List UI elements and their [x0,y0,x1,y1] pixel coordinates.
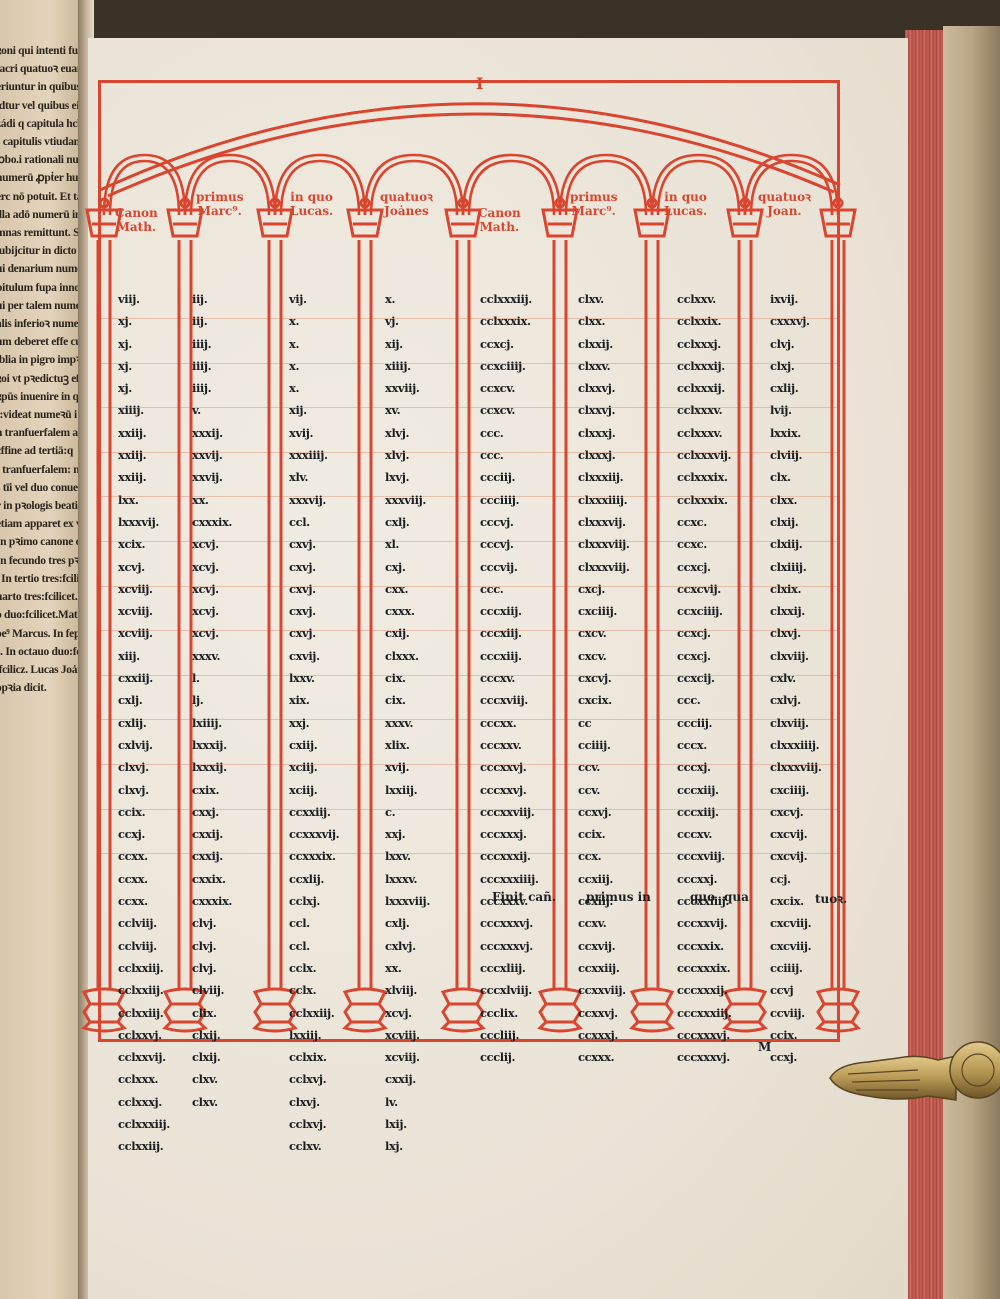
canon-number-entry: xiiij. [118,399,170,421]
canon-number-entry: cxlij. [770,377,822,399]
canon-number-entry: cclxxxj. [677,333,731,355]
canon-number-entry: cxcv. [578,645,630,667]
canon-number-entry: clxij. [770,511,822,533]
canon-number-entry: iiij. [192,333,232,355]
canon-number-entry: clxxij. [578,333,630,355]
canon-number-entry: cclxxxix. [677,466,731,488]
canon-number-entry: xlvj. [385,422,430,444]
canon-number-entry: cccxiij. [677,801,731,823]
canon-number-entry: clx. [770,466,822,488]
canon-number-entry: cccxxvij. [677,912,731,934]
column-header: primusMarc⁹. [570,190,617,218]
column-header-line1: Canon [115,206,158,220]
signature-mark: M [758,1040,771,1054]
canon-number-entry: lj. [192,689,232,711]
canon-number-entry: lv. [385,1091,430,1113]
canon-number-entry: lxx. [118,489,170,511]
canon-number-entry: clxviij. [770,645,822,667]
canon-number-entry: cxlvj. [770,689,822,711]
canon-number-entry: ccl. [289,511,339,533]
canon-number-entry: clxv. [578,288,630,310]
canon-number-entry: cxciiij. [770,779,822,801]
canon-number-entry: clxxvj. [578,399,630,421]
canon-number-entry: clxxxiiij. [578,489,630,511]
canon-number-entry: cclxxxiij. [480,288,538,310]
canon-number-entry: xvij. [385,756,430,778]
canon-number-entry: vj. [385,310,430,332]
canon-column: vij.x.x.x.x.xij.xvij.xxxiiij.xlv.xxxvij.… [289,288,339,1158]
canon-number-entry: cxlv. [770,667,822,689]
canon-number-entry: clxiiij. [770,556,822,578]
canon-number-entry: ccl. [289,912,339,934]
canon-number-entry: cccliij. [480,1024,538,1046]
canon-number-entry: ccxcvij. [677,578,731,600]
canon-number-entry: ccix. [118,801,170,823]
canon-number-entry: cxcix. [578,689,630,711]
column-header-line2: Marc⁹. [196,204,243,218]
canon-number-entry: clxxx. [385,645,430,667]
canon-number-entry: cxlj. [385,912,430,934]
canon-number-entry: ccxxxvij. [289,823,339,845]
column-header-line1: quatuoꝛ [758,190,811,204]
column-header-line1: primus [570,190,617,204]
canon-number-entry: xv. [385,399,430,421]
canon-number-entry: cccx. [677,734,731,756]
canon-number-entry: ccciij. [677,712,731,734]
canon-number-entry: clxvj. [118,756,170,778]
canon-number-entry: clxxxiij. [578,466,630,488]
canon-number-entry: xcvj. [192,533,232,555]
canon-number-entry: ccxx. [118,845,170,867]
column-header-line2: Lucas. [290,204,333,218]
canon-number-entry: cclxxxv. [677,422,731,444]
canon-number-entry: xj. [118,310,170,332]
canon-number-entry: ccix. [578,823,630,845]
canon-number-entry: cxxij. [192,823,232,845]
canon-number-entry: ccxx. [118,890,170,912]
canon-number-entry: cccvj. [480,533,538,555]
canon-number-entry: ccviij. [770,1002,822,1024]
canon-number-entry: cxcvj. [770,801,822,823]
canon-number-entry: clxvj. [118,779,170,801]
canon-number-entry: xxj. [289,712,339,734]
canon-number-entry: clxix. [770,578,822,600]
canon-number-entry: clxv. [192,1091,232,1113]
canon-number-entry: xcvj. [118,556,170,578]
canon-number-entry: xcvj. [192,578,232,600]
canon-number-entry: ccxciiij. [677,600,731,622]
canon-number-entry: xxiij. [118,422,170,444]
canon-number-entry: cxcv. [578,622,630,644]
canon-number-entry: ccxvj. [578,801,630,823]
canon-number-entry: xx. [385,957,430,979]
canon-number-entry: ccciiij. [480,489,538,511]
canon-number-entry: cccxxxiij. [677,1002,731,1024]
canon-number-entry: xxxviij. [385,489,430,511]
canon-number-entry: cxlj. [385,511,430,533]
canon-number-entry: clxvj. [289,1091,339,1113]
canon-number-entry: cxxiij. [118,667,170,689]
canon-number-entry: cxix. [192,779,232,801]
canon-column: iij.iij.iiij.iiij.iiij.v.xxxij.xxvij.xxv… [192,288,232,1113]
canon-number-entry: ccix. [770,1024,822,1046]
canon-column: viij.xj.xj.xj.xj.xiiij.xxiij.xxiij.xxiij… [118,288,170,1158]
canon-number-entry: cclxxvij. [118,1046,170,1068]
canon-number-entry: ccciij. [480,466,538,488]
canon-number-entry: ccxv. [578,912,630,934]
canon-number-entry: xxvij. [192,444,232,466]
canon-number-entry: iij. [192,288,232,310]
canon-number-entry: clxj. [770,355,822,377]
canon-number-entry: iij. [192,310,232,332]
canon-number-entry: cxij. [385,622,430,644]
canon-number-entry: ccxcij. [677,667,731,689]
canon-number-entry: cccxv. [677,823,731,845]
canon-number-entry: ccv. [578,779,630,801]
canon-number-entry: lvij. [770,399,822,421]
canon-number-entry: cxxxix. [192,511,232,533]
canon-number-entry: cxxxix. [192,890,232,912]
canon-number-entry: ccxciiij. [480,355,538,377]
canon-number-entry: cxxij. [192,845,232,867]
canon-number-entry: clvj. [192,957,232,979]
canon-number-entry: cxcvj. [578,667,630,689]
column-header-line1: in quo [290,190,333,204]
canon-number-entry: cix. [385,667,430,689]
canon-number-entry: cxlij. [118,712,170,734]
canon-number-entry: cxx. [385,578,430,600]
canon-number-entry: xciij. [289,756,339,778]
canon-number-entry: cclxix. [289,1046,339,1068]
canon-number-entry: xcviij. [118,622,170,644]
canon-number-entry: clxxxviij. [578,556,630,578]
canon-number-entry: xlv. [289,466,339,488]
canon-number-entry: cxvj. [289,556,339,578]
canon-number-entry: lxxxvij. [118,511,170,533]
column-header: in quoLucas. [290,190,333,218]
column-header: CanonMath. [115,206,158,234]
canon-number-entry: xcvj. [192,622,232,644]
canon-number-entry: clxij. [192,1024,232,1046]
footer-finit: Finit cañ. [492,890,556,904]
canon-number-entry: iiij. [192,355,232,377]
canon-number-entry: cxvj. [289,600,339,622]
footer-quo: quo [690,890,715,904]
column-header-line1: primus [196,190,243,204]
column-header-line2: Math. [478,220,521,234]
canon-number-entry: xx. [192,489,232,511]
canon-number-entry: cxxxvj. [770,310,822,332]
canon-number-entry: clxvj. [770,622,822,644]
canon-number-entry: ccxcj. [677,556,731,578]
canon-number-entry: cxcj. [578,578,630,600]
canon-number-entry: cccxxxj. [480,823,538,845]
canon-number-entry: xxj. [385,823,430,845]
canon-number-entry: ccclix. [480,1002,538,1024]
canon-number-entry: clxxxj. [578,422,630,444]
canon-number-entry: cccxliij. [480,957,538,979]
canon-number-entry: xxxvij. [289,489,339,511]
canon-number-entry: cclxxxvij. [677,444,731,466]
brass-hand-clasp-icon [828,1030,1000,1110]
canon-number-entry: cccxxxij. [677,979,731,1001]
canon-number-entry: cciiij. [578,734,630,756]
canon-number-entry: cccxxxvj. [480,935,538,957]
canon-number-entry: ccxxiij. [578,957,630,979]
canon-number-entry: lxxix. [770,422,822,444]
canon-number-entry: clxviij. [770,712,822,734]
canon-number-entry: clxxxvij. [578,511,630,533]
canon-column: cclxxxiij.cclxxxix.ccxcj.ccxciiij.ccxcv.… [480,288,538,1068]
footer-qua: qua [724,890,749,904]
canon-number-entry: xij. [289,399,339,421]
canon-number-entry: cccxiij. [480,622,538,644]
canon-number-entry: cclviij. [118,912,170,934]
canon-number-entry: cclxxiij. [118,979,170,1001]
canon-number-entry: lxiiij. [192,712,232,734]
column-header: quatuoꝛJoȧnes [380,190,433,218]
column-header-line2: Math. [115,220,158,234]
canon-number-entry: clvj. [770,333,822,355]
canon-number-entry: ccc. [677,689,731,711]
canon-number-entry: lxxiij. [289,1024,339,1046]
canon-number-entry: cccxx. [480,712,538,734]
canon-column: x.vj.xij.xiiij.xxviij.xv.xlvj.xlvj.lxvj.… [385,288,430,1158]
footer-primus-in: primus in [586,890,651,904]
canon-number-entry: ccv. [578,756,630,778]
canon-number-entry: cclxxxix. [480,310,538,332]
canon-number-entry: cclxxiij. [289,1002,339,1024]
canon-number-entry: viij. [118,288,170,310]
canon-number-entry: cccxlviij. [480,979,538,1001]
canon-number-entry: clviij. [770,444,822,466]
canon-number-entry: cxcviij. [770,935,822,957]
canon-number-entry: cclxxxix. [677,489,731,511]
canon-number-entry: cxlvj. [385,935,430,957]
column-header: quatuoꝛJoan. [758,190,811,218]
canon-number-entry: clxiij. [770,533,822,555]
column-header-line1: quatuoꝛ [380,190,433,204]
canon-number-entry: c. [385,801,430,823]
canon-number-entry: cclxxiij. [118,1135,170,1157]
canon-number-entry: x. [289,310,339,332]
canon-number-entry: cclxxvj. [118,1024,170,1046]
canon-number-entry: ccj. [770,868,822,890]
canon-number-entry: xcix. [118,533,170,555]
canon-number-entry: ccxj. [770,1046,822,1068]
canon-number-entry: cc [578,712,630,734]
canon-number-entry: cclxvj. [289,1068,339,1090]
canon-number-entry: cccxxvj. [480,756,538,778]
canon-number-entry: xcviij. [118,578,170,600]
canon-number-entry: xj. [118,333,170,355]
footer-tuor: tuoꝛ. [815,890,847,907]
canon-number-entry: clxxxviij. [770,756,822,778]
canon-number-entry: xcviij. [385,1046,430,1068]
canon-number-entry: cclxvj. [289,1113,339,1135]
canon-number-entry: ccxcj. [677,622,731,644]
canon-number-entry: cccxiij. [677,779,731,801]
canon-number-entry: cccxj. [677,756,731,778]
canon-number-entry: cccxviij. [480,689,538,711]
column-header-line2: Joan. [758,204,811,218]
canon-number-entry: xcvj. [385,1002,430,1024]
canon-number-entry: cccxv. [480,667,538,689]
canon-number-entry: cclxxiij. [118,1002,170,1024]
column-header-line2: Marc⁹. [570,204,617,218]
canon-number-entry: xj. [118,355,170,377]
canon-number-entry: ccxxiij. [289,801,339,823]
canon-number-entry: l. [192,667,232,689]
canon-number-entry: cxciiij. [578,600,630,622]
canon-number-entry: cccxxxix. [677,957,731,979]
canon-number-entry: xxviij. [385,377,430,399]
canon-number-entry: ccc. [480,578,538,600]
column-header-line2: Lucas. [664,204,707,218]
canon-number-entry: lxxxviij. [385,890,430,912]
canon-number-entry: cxxj. [192,801,232,823]
canon-number-entry: clvj. [192,912,232,934]
canon-number-entry: ccxj. [118,823,170,845]
canon-number-entry: cxj. [385,556,430,578]
canon-number-entry: xcviij. [118,600,170,622]
canon-number-entry: clxxxj. [578,444,630,466]
canon-number-entry: x. [385,288,430,310]
canon-number-entry: xlviij. [385,979,430,1001]
canon-number-entry: iiij. [192,377,232,399]
canon-number-entry: ccxxvj. [578,1002,630,1024]
canon-number: I [476,74,483,93]
canon-number-entry: cccxxvj. [480,779,538,801]
canon-number-entry: clix. [192,1002,232,1024]
canon-number-entry: ccxcv. [480,377,538,399]
canon-number-entry: cxvj. [289,578,339,600]
canon-number-entry: cccxviij. [677,845,731,867]
canon-number-entry: clxxij. [770,600,822,622]
canon-number-entry: ccxcj. [480,333,538,355]
canon-number-entry: xxvij. [192,466,232,488]
canon-column: cclxxv.cclxxix.cclxxxj.cclxxxij.cclxxxij… [677,288,731,1068]
canon-number-entry: lxxxv. [385,868,430,890]
canon-number-entry: cccxxj. [677,868,731,890]
canon-number-entry: lxxv. [385,845,430,867]
column-header-line1: in quo [664,190,707,204]
canon-number-entry: cxcviij. [770,912,822,934]
canon-number-entry: ccclij. [480,1046,538,1068]
canon-number-entry: cclxxxj. [118,1091,170,1113]
canon-number-entry: xcvj. [192,600,232,622]
canon-number-entry: cclxv. [289,1135,339,1157]
canon-number-entry: cccxxxvj. [677,1046,731,1068]
canon-number-entry: clviij. [192,979,232,1001]
canon-number-entry: cccxiij. [480,600,538,622]
column-header-line2: Joȧnes [380,204,433,218]
canon-number-entry: x. [289,355,339,377]
canon-number-entry: xlix. [385,734,430,756]
canon-number-entry: cccxxxvj. [480,912,538,934]
canon-number-entry: cclxj. [289,890,339,912]
canon-number-entry: ccc. [480,422,538,444]
canon-number-entry: ccxxxix. [289,845,339,867]
canon-number-entry: xcvj. [192,556,232,578]
canon-number-entry: cccxxxij. [480,845,538,867]
canon-number-entry: clxx. [578,310,630,332]
canon-number-entry: cclxxix. [677,310,731,332]
canon-number-entry: lxxxij. [192,734,232,756]
canon-number-entry: ccxxxj. [578,1024,630,1046]
canon-number-entry: xxxv. [192,645,232,667]
canon-number-entry: ccxx. [118,868,170,890]
canon-number-entry: cccxxxiiij. [480,868,538,890]
canon-number-entry: clxxv. [578,355,630,377]
canon-number-entry: clxx. [770,489,822,511]
canon-number-entry: x. [289,333,339,355]
column-header: primusMarc⁹. [196,190,243,218]
canon-number-entry: cxvj. [289,622,339,644]
canon-number-entry: xciij. [289,779,339,801]
canon-number-entry: cxcix. [770,890,822,912]
canon-number-entry: cclxxxij. [677,355,731,377]
canon-number-entry: cclx. [289,979,339,1001]
canon-number-entry: cxxij. [385,1068,430,1090]
canon-number-entry: cxiij. [289,734,339,756]
canon-number-entry: cccxxviij. [480,801,538,823]
canon-number-entry: cciiij. [770,957,822,979]
canon-number-entry: ccxcj. [677,645,731,667]
canon-number-entry: ccxcv. [480,399,538,421]
canon-number-entry: ccxlij. [289,868,339,890]
canon-number-entry: xxiij. [118,466,170,488]
canon-number-entry: ccc. [480,444,538,466]
canon-number-entry: xix. [289,689,339,711]
canon-number-entry: lxxv. [289,667,339,689]
canon-number-entry: v. [192,399,232,421]
canon-number-entry: clxxvj. [578,377,630,399]
canon-number-entry: xxxiiij. [289,444,339,466]
canon-number-entry: cccxxix. [677,935,731,957]
canon-number-entry: lxj. [385,1135,430,1157]
canon-number-entry: xxiij. [118,444,170,466]
canon-number-entry: cclxxxij. [677,377,731,399]
canon-number-entry: cclxxiij. [118,957,170,979]
canon-number-entry: clxv. [192,1068,232,1090]
canon-column: clxv.clxx.clxxij.clxxv.clxxvj.clxxvj.clx… [578,288,630,1068]
canon-number-entry: cxcvij. [770,823,822,845]
canon-number-entry: cclxxx. [118,1068,170,1090]
column-header: CanonMath. [478,206,521,234]
canon-number-entry: ccx. [578,845,630,867]
canon-number-entry: xcviij. [385,1024,430,1046]
canon-number-entry: cxcvij. [770,845,822,867]
canon-number-entry: clxij. [192,1046,232,1068]
canon-number-entry: cxlj. [118,689,170,711]
canon-number-entry: cclxxv. [677,288,731,310]
canon-number-entry: cccxxv. [480,734,538,756]
canon-number-entry: xxxv. [385,712,430,734]
canon-number-entry: ccxc. [677,511,731,533]
canon-number-entry: ixvij. [770,288,822,310]
canon-number-entry: cxvj. [289,533,339,555]
canon-number-entry: xl. [385,533,430,555]
canon-number-entry: lxij. [385,1113,430,1135]
canon-number-entry: xiij. [118,645,170,667]
canon-number-entry: ccl. [289,935,339,957]
canon-number-entry: vij. [289,288,339,310]
canon-number-entry: cccvij. [480,556,538,578]
canon-number-entry: cccxiij. [480,645,538,667]
canon-column: ixvij.cxxxvj.clvj.clxj.cxlij.lvij.lxxix.… [770,288,822,1068]
canon-number-entry: ccxxviij. [578,979,630,1001]
